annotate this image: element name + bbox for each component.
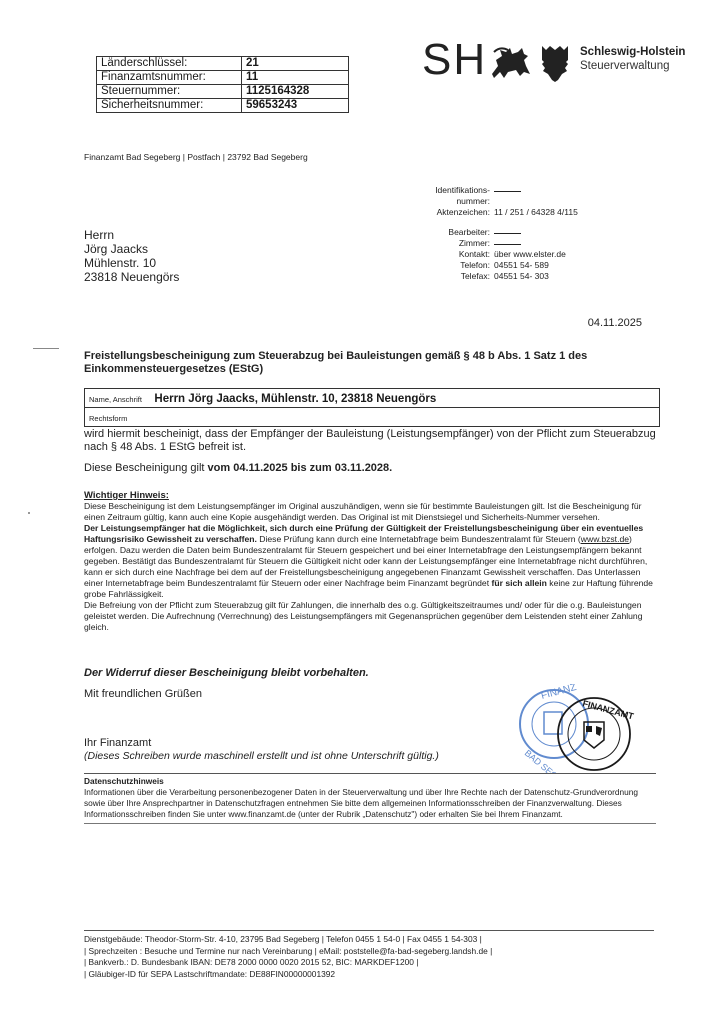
name-value: Herrn Jörg Jaacks, Mühlenstr. 10, 23818 …: [146, 393, 436, 405]
lion-crest-icon: [488, 44, 532, 80]
rechtsform-row: Rechtsform: [85, 408, 660, 427]
important-notice: Wichtiger Hinweis: Diese Bescheinigung i…: [84, 490, 660, 633]
key-row: Steuernummer:1125164328: [97, 85, 349, 99]
bearbeiter-blank: [494, 227, 521, 234]
logo-abbr: SH: [422, 38, 487, 82]
recipient-street: Mühlenstr. 10: [84, 256, 179, 270]
fold-mark: [33, 348, 59, 349]
telefon-label: Telefon:: [410, 260, 494, 271]
svg-text:BAD SEG: BAD SEG: [523, 748, 560, 774]
recipient-city: 23818 Neuengörs: [84, 270, 179, 284]
id-label-cont: nummer:: [410, 196, 494, 207]
id-label: Identifikations-: [410, 185, 494, 196]
tax-key-table: Länderschlüssel:21 Finanzamtsnummer:11 S…: [96, 56, 349, 113]
privacy-text: Informationen über die Verarbeitung pers…: [84, 787, 656, 820]
footer: Dienstgebäude: Theodor-Storm-Str. 4-10, …: [84, 930, 654, 980]
validity-period: vom 04.11.2025 bis zum 03.11.2028.: [208, 462, 393, 474]
name-label: Name, Anschrift: [89, 395, 142, 404]
recipient-address: Herrn Jörg Jaacks Mühlenstr. 10 23818 Ne…: [84, 228, 179, 284]
certification-text: wird hiermit bescheinigt, dass der Empfä…: [84, 428, 664, 454]
svg-text:FINANZ: FINANZ: [540, 684, 578, 702]
document-title: Freistellungsbescheinigung zum Steuerabz…: [84, 350, 664, 376]
validity-prefix: Diese Bescheinigung gilt: [84, 462, 208, 474]
key-row: Finanzamtsnummer:11: [97, 71, 349, 85]
logo-org-sub: Steuerverwaltung: [580, 60, 670, 72]
key-row: Sicherheitsnummer:59653243: [97, 99, 349, 113]
zimmer-label: Zimmer:: [410, 238, 494, 249]
notice-bold-text: für sich allein: [491, 578, 546, 588]
notice-paragraph-2: Der Leistungsempfänger hat die Möglichke…: [84, 523, 660, 600]
info-block: Identifikations- nummer: Aktenzeichen:11…: [410, 185, 578, 282]
telefon-value: 04551 54- 589: [494, 260, 549, 271]
id-value-blank: [494, 185, 521, 192]
nettle-leaf-crest-icon: [540, 44, 570, 82]
kontakt-label: Kontakt:: [410, 249, 494, 260]
notice-text: Diese Prüfung kann durch eine Internetab…: [257, 534, 581, 544]
key-label: Finanzamtsnummer:: [97, 71, 242, 85]
recipient-name: Jörg Jaacks: [84, 242, 179, 256]
key-label: Sicherheitsnummer:: [97, 99, 242, 113]
kontakt-value: über www.elster.de: [494, 249, 566, 260]
notice-paragraph-1: Diese Bescheinigung ist dem Leistungsemp…: [84, 501, 660, 523]
punch-mark: [28, 512, 30, 514]
footer-line: | Sprechzeiten : Besuche und Termine nur…: [84, 946, 654, 958]
signature-note: (Dieses Schreiben wurde maschinell erste…: [84, 750, 439, 762]
footer-line: | Gläubiger-ID für SEPA Lastschriftmanda…: [84, 969, 654, 981]
key-row: Länderschlüssel:21: [97, 57, 349, 71]
key-value: 21: [242, 57, 349, 71]
key-label: Steuernummer:: [97, 85, 242, 99]
name-table: Name, Anschrift Herrn Jörg Jaacks, Mühle…: [84, 388, 660, 427]
footer-line: Dienstgebäude: Theodor-Storm-Str. 4-10, …: [84, 934, 654, 946]
validity-text: Diese Bescheinigung gilt vom 04.11.2025 …: [84, 462, 664, 474]
zimmer-blank: [494, 238, 521, 245]
footer-line: | Bankverb.: D. Bundesbank IBAN: DE78 20…: [84, 957, 654, 969]
logo-org-name: Schleswig-Holstein: [580, 46, 685, 58]
privacy-heading: Datenschutzhinweis: [84, 776, 656, 787]
rechtsform-label: Rechtsform: [89, 414, 127, 423]
telefax-value: 04551 54- 303: [494, 271, 549, 282]
blue-seal-icon: FINANZ BAD SEG: [520, 684, 588, 774]
az-label: Aktenzeichen:: [410, 207, 494, 218]
privacy-notice: Datenschutzhinweis Informationen über di…: [84, 773, 656, 824]
recipient-salutation: Herrn: [84, 228, 179, 242]
official-seal-stamps: FINANZ BAD SEG FINANZAMT: [512, 684, 652, 774]
telefax-label: Telefax:: [410, 271, 494, 282]
revocation-note: Der Widerruf dieser Bescheinigung bleibt…: [84, 667, 369, 679]
notice-heading: Wichtiger Hinweis:: [84, 490, 660, 501]
key-value: 1125164328: [242, 85, 349, 99]
key-value: 59653243: [242, 99, 349, 113]
name-row: Name, Anschrift Herrn Jörg Jaacks, Mühle…: [85, 389, 660, 408]
notice-paragraph-3: Die Befreiung von der Pflicht zum Steuer…: [84, 600, 660, 633]
bearbeiter-label: Bearbeiter:: [410, 227, 494, 238]
letter-date: 04.11.2025: [588, 317, 642, 329]
signature-office: Ihr Finanzamt: [84, 737, 151, 749]
logo: SH Schleswig-Holstein Steuerverwaltung: [422, 40, 702, 84]
az-value: 11 / 251 / 64328 4/115: [494, 207, 578, 218]
key-value: 11: [242, 71, 349, 85]
bzst-link[interactable]: www.bzst.de: [581, 534, 629, 544]
greeting: Mit freundlichen Grüßen: [84, 688, 202, 700]
sender-line: Finanzamt Bad Segeberg | Postfach | 2379…: [84, 152, 308, 162]
key-label: Länderschlüssel:: [97, 57, 242, 71]
